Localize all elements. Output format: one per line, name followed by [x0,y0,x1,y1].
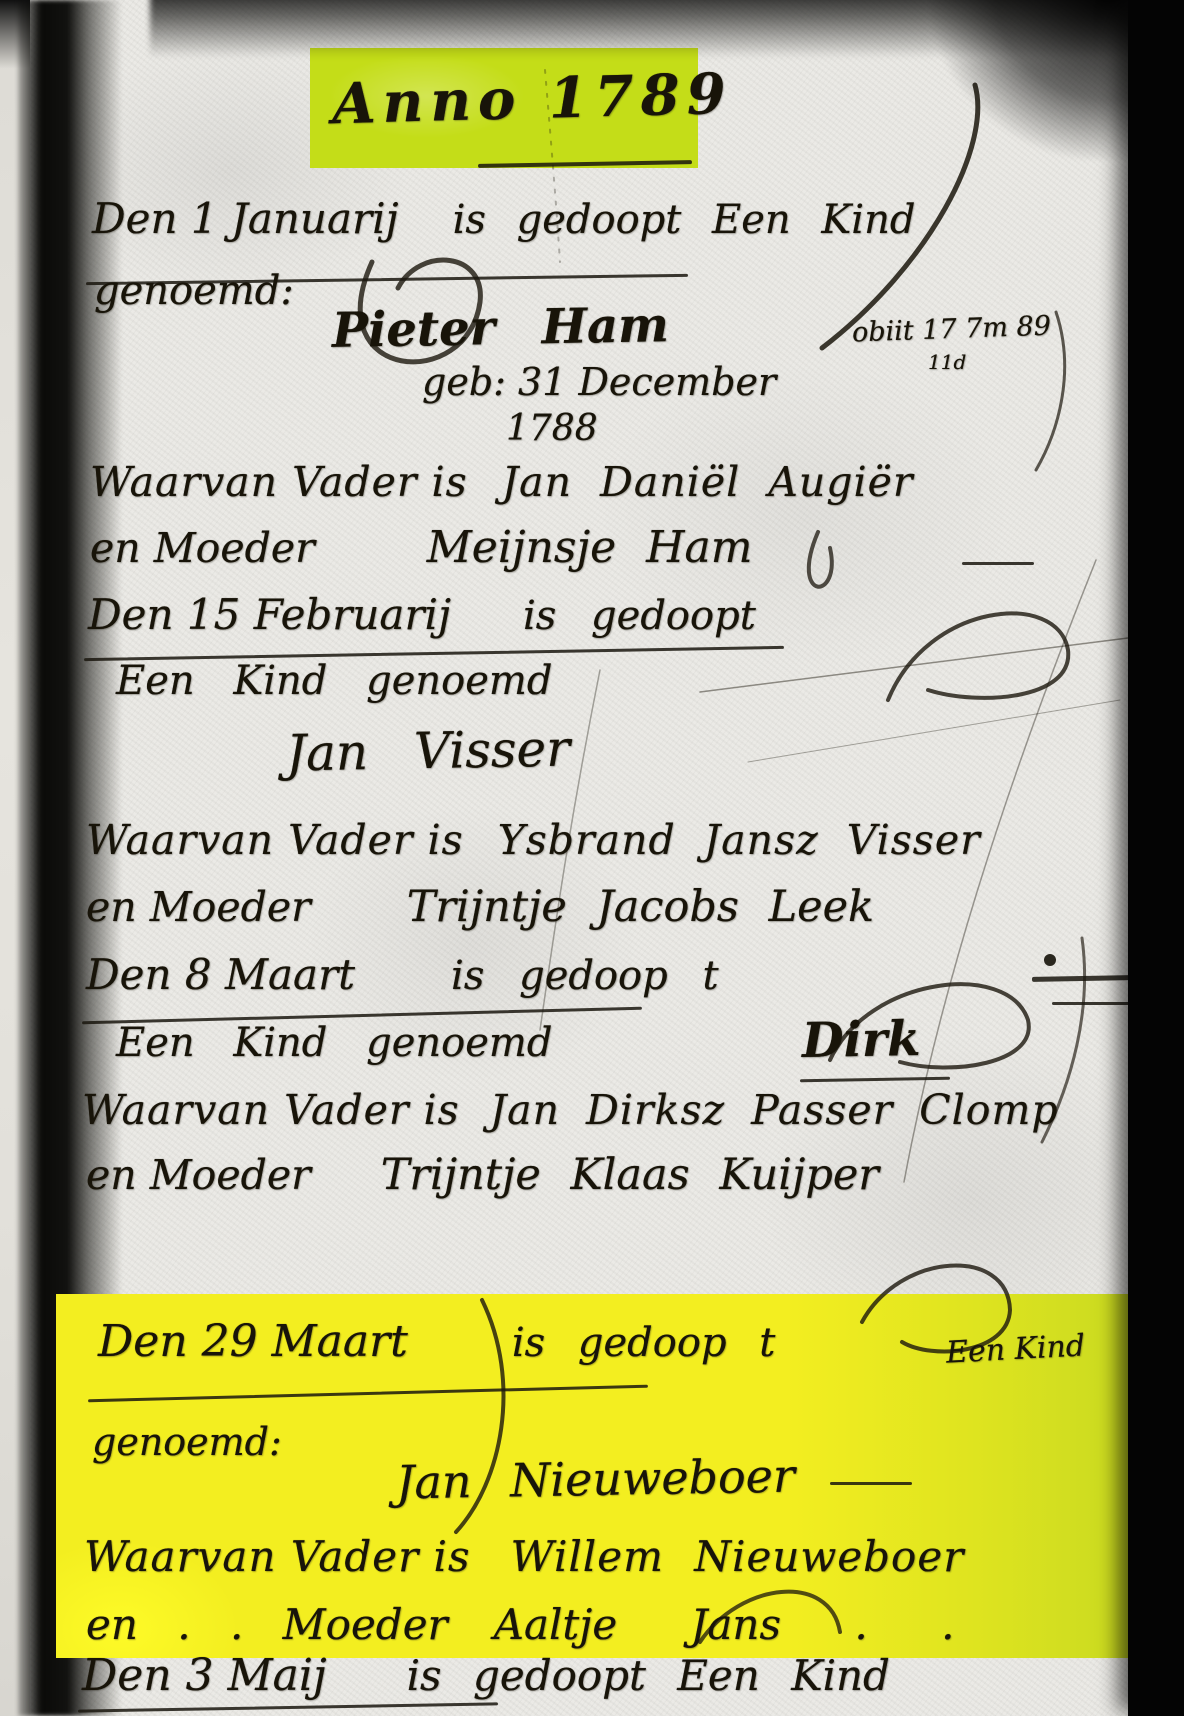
entry1-named-label: genoemd: [94,268,294,314]
entry2-father-name: Ysbrand Jansz Visser [498,816,981,864]
entry3-child-name: Dirk [802,1011,921,1069]
entry5-date-line: Den 3 Maijis gedoopt Een Kind [82,1650,890,1701]
entry1-father-label: Waarvan Vader is [90,458,468,506]
entry1-birth-year: 1788 [506,408,598,449]
entry2-mother-line: en MoederTrijntje Jacobs Leek [86,882,874,932]
entry4-child-name: Jan Nieuweboer [396,1449,796,1510]
entry2-child-name: Jan Visser [286,720,571,783]
entry4-father-label: Waarvan Vader is [84,1532,471,1581]
entry5-date: Den 3 Maij [82,1650,327,1701]
entry1-mother-line: en MoederMeijnsje Ham [90,522,752,573]
entry1-event: is gedoopt Een Kind [453,197,916,243]
entry2-date: Den 15 Februarij [88,590,451,639]
entry2-mother-name: Trijntje Jacobs Leek [407,882,874,932]
entry1-mother-label: en Moeder [90,524,315,572]
entry4-mother-name: Aaltje Jans . . [494,1600,955,1649]
entry4-father-name: Willem Nieuweboer [511,1532,965,1581]
entry4-mother-line: en . . MoederAaltje Jans . . [86,1600,954,1649]
entry3-father-line: Waarvan Vader isJan Dirksz Passer Clomp [82,1086,1059,1134]
entry4-named-label: genoemd: [92,1420,282,1464]
entry2-mother-label: en Moeder [86,883,311,931]
entry1-child-name: Pieter Ham [332,297,670,359]
entry1-death-note-sub: 11d [928,350,966,374]
entry3-mother-line: en MoederTrijntje Klaas Kuijper [86,1150,879,1200]
entry5-event: is gedoopt Een Kind [407,1651,890,1700]
entry1-mother-name: Meijnsje Ham [427,522,753,573]
entry4-event: is gedoop t [512,1320,775,1366]
entry4-date-line: Den 29 Maartis gedoop t [98,1316,775,1367]
entry1-date: Den 1 Januarij [92,194,399,243]
entry4-father-line: Waarvan Vader isWillem Nieuweboer [84,1532,964,1581]
entry1-mother-flourish [962,562,1034,565]
entry3-mother-label: en Moeder [86,1151,311,1199]
page-title: Anno 1789 [331,61,733,137]
entry3-date: Den 8 Maart [86,950,355,999]
right-scan-border [1128,0,1184,1716]
entry4-date: Den 29 Maart [98,1316,408,1367]
entry3-t-crossbar-2 [1052,1002,1132,1005]
entry3-child-intro: Een Kind genoemd [116,1020,552,1066]
entry3-father-label: Waarvan Vader is [82,1086,460,1134]
entry1-father-name: Jan Daniël Augiër [502,458,914,506]
entry4-name-flourish [830,1482,912,1485]
entry1-date-line: Den 1 Januarijis gedoopt Een Kind [92,194,915,243]
entry2-event: is gedoopt [523,593,756,639]
entry2-father-label: Waarvan Vader is [86,816,464,864]
entry4-child-intro: Een Kind [945,1328,1086,1370]
entry2-date-line: Den 15 Februarijis gedoopt [88,590,756,639]
entry2-father-line: Waarvan Vader isYsbrand Jansz Visser [86,816,981,864]
entry3-date-line: Den 8 Maartis gedoop t [86,950,719,999]
entry3-father-name: Jan Dirksz Passer Clomp [490,1086,1059,1134]
entry2-child-intro: Een Kind genoemd [116,658,552,704]
entry1-father-line: Waarvan Vader isJan Daniël Augiër [90,458,914,506]
entry4-mother-label: en . . Moeder [86,1600,448,1649]
entry3-mother-name: Trijntje Klaas Kuijper [381,1150,879,1200]
document-scan: Anno 1789 Den 1 Januarijis gedoopt Een K… [0,0,1184,1716]
entry1-birth-note: geb: 31 December [422,360,776,404]
entry3-event: is gedoop t [451,953,718,999]
